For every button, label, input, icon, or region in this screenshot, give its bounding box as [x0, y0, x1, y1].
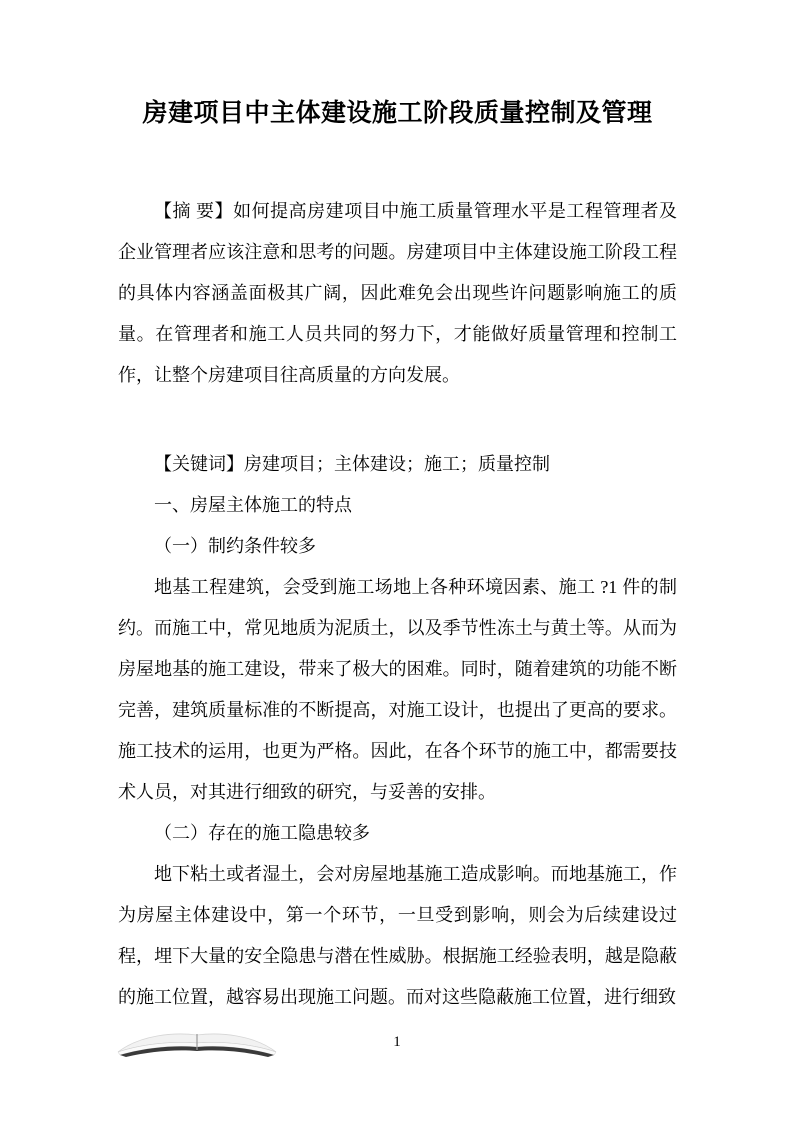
page-footer: 1 — [0, 1028, 794, 1088]
page-number: 1 — [0, 1034, 794, 1051]
keywords-line: 【关键词】房建项目；主体建设；施工；质量控制 — [118, 444, 677, 485]
document-page: 房建项目中主体建设施工阶段质量控制及管理 【摘 要】如何提高房建项目中施工质量管… — [0, 0, 794, 1123]
body-paragraph-2: 地下粘土或者湿土，会对房屋地基施工造成影响。而地基施工，作为房屋主体建设中，第一… — [118, 854, 677, 1018]
section-heading-1: 一、房屋主体施工的特点 — [118, 485, 677, 526]
subsection-heading-1-2: （二）存在的施工隐患较多 — [118, 813, 677, 854]
abstract-paragraph: 【摘 要】如何提高房建项目中施工质量管理水平是工程管理者及企业管理者应该注意和思… — [118, 191, 677, 396]
body-paragraph-1: 地基工程建筑，会受到施工场地上各种环境因素、施工 ?1 件的制约。而施工中，常见… — [118, 567, 677, 813]
document-title: 房建项目中主体建设施工阶段质量控制及管理 — [118, 95, 677, 131]
document-body: 房建项目中主体建设施工阶段质量控制及管理 【摘 要】如何提高房建项目中施工质量管… — [118, 95, 677, 1018]
subsection-heading-1-1: （一）制约条件较多 — [118, 526, 677, 567]
